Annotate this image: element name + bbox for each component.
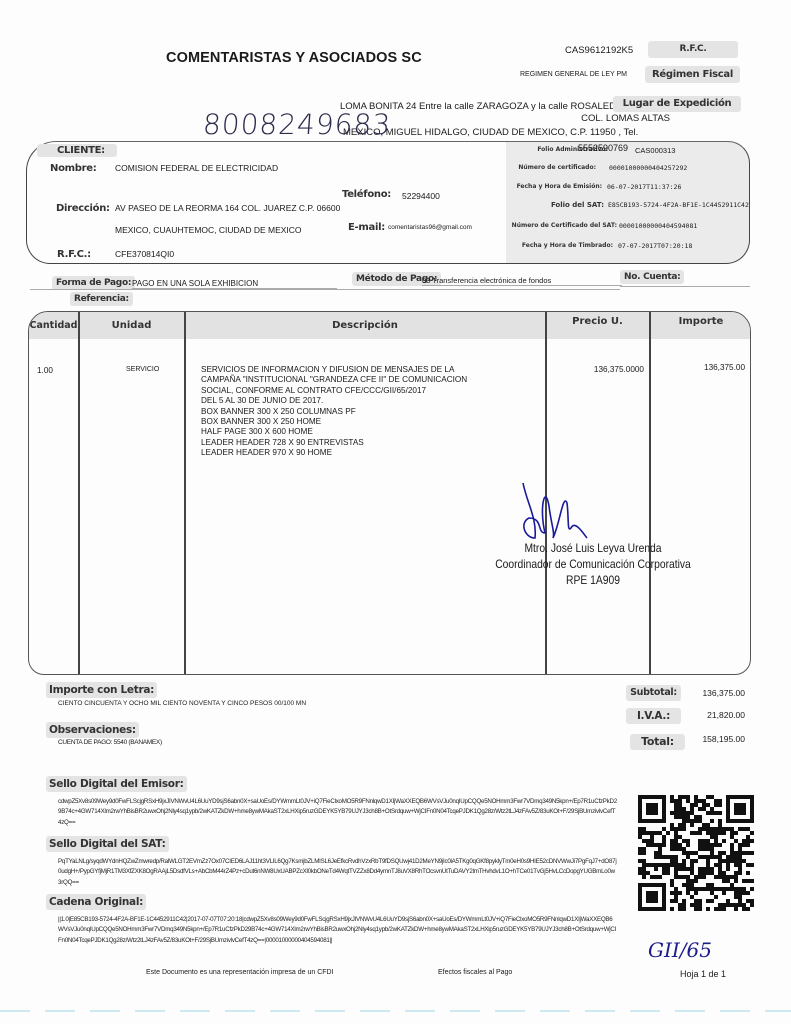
client-rfc-label: R.F.C.: [57, 249, 91, 260]
sat-seal-label: Sello Digital del SAT: [46, 836, 169, 852]
sat-certificate: 00001000000404594081 [619, 222, 697, 230]
reference-label: Referencia: [70, 292, 133, 306]
signer-name: Mtro. José Luis Leyva Urenda [481, 540, 705, 556]
certificate-number-label: Número de certificado: [486, 164, 596, 171]
original-chain: ||1.0|E85CB193-5724-4F2A-BF1E-1C4452911C… [58, 915, 618, 946]
issuer-name: COMENTARISTAS Y ASOCIADOS SC [166, 50, 422, 66]
page-number: Hoja 1 de 1 [680, 969, 726, 979]
payment-form: PAGO EN UNA SOLA EXHIBICION [132, 279, 337, 289]
column-header-description: Descripción [185, 312, 545, 339]
item-unit: SERVICIO [126, 365, 159, 375]
sat-certificate-label: Número de Certificado del SAT: [497, 222, 617, 229]
cfdi-representation-note: Este Documento es una representación imp… [146, 969, 334, 976]
issue-date: 06-07-2017T11:37:26 [607, 183, 681, 191]
client-rfc: CFE370814QI0 [115, 249, 174, 259]
items-table: Cantidad Unidad Descripción Precio U. Im… [28, 311, 751, 675]
payment-form-label: Forma de Pago: [52, 276, 135, 290]
observations-label: Observaciones: [46, 722, 139, 738]
client-address-line1: AV PASEO DE LA REORMA 164 COL. JUAREZ C.… [115, 203, 340, 213]
client-address-label: Dirección: [56, 203, 110, 214]
signer-title: Coordinador de Comunicación Corporativa [481, 556, 705, 572]
fiscal-effects-note: Efectos fiscales al Pago [438, 969, 512, 976]
stamp-date: 07-07-2017T07:20:18 [618, 242, 692, 250]
handwritten-reference: GII/65 [648, 938, 712, 962]
item-quantity: 1.00 [37, 366, 75, 376]
subtotal-value: 136,375.00 [665, 688, 745, 698]
account-number [620, 286, 750, 287]
rfc-label: R.F.C. [648, 41, 738, 58]
client-address-line2: MEXICO, CUAUHTEMOC, CIUDAD DE MEXICO [115, 225, 302, 235]
item-amount: 136,375.00 [649, 363, 745, 373]
payment-divider [30, 289, 620, 290]
item-unit-price: 136,375.0000 [539, 365, 644, 375]
certificate-number: 00001000000404257292 [609, 164, 687, 172]
signer-id: RPE 1A909 [481, 572, 705, 588]
sat-folio: E85CB193-5724-4F2A-BF1E-1C4452911C42 [608, 201, 749, 209]
client-email-label: E-mail: [348, 222, 385, 233]
client-phone: 52294400 [402, 191, 440, 201]
folio-value: CAS000313 [635, 146, 675, 155]
column-header-amount: Importe [650, 311, 751, 335]
qr-code-icon [638, 795, 754, 911]
client-phone-label: Teléfono: [342, 189, 391, 200]
client-header: CLIENTE: [37, 144, 117, 157]
handwritten-number: 8008249683 [202, 108, 392, 141]
column-header-quantity: Cantidad [29, 312, 78, 339]
sat-folio-label: Folio del SAT: [494, 201, 604, 209]
fiscal-regime: REGIMEN GENERAL DE LEY PM [520, 71, 627, 78]
total-value: 158,195.00 [665, 734, 745, 744]
issuer-seal: cdwpZ5Xv8s09Wey9d0FwFLScjgRSxH9jxJIVNWvU… [58, 797, 618, 828]
stamp-date-label: Fecha y Hora de Timbrado: [503, 242, 613, 249]
issuer-rfc: CAS9612192K5 [565, 45, 633, 56]
sat-seal: PqTYaLNLg/syqdWYdnHQZwZmwredp/RalWLGT2EV… [58, 857, 618, 888]
original-chain-label: Cadena Original: [46, 894, 146, 910]
item-description: SERVICIOS DE INFORMACION Y DIFUSION DE M… [201, 365, 541, 459]
column-header-unit-price: Precio U. [546, 311, 649, 335]
observations: CUENTA DE PAGO: 5540 (BANAMEX) [58, 739, 162, 746]
amount-words: CIENTO CINCUENTA Y OCHO MIL CIENTO NOVEN… [58, 700, 306, 707]
amount-words-label: Importe con Letra: [46, 682, 157, 698]
place-of-issue-label: Lugar de Expedición [613, 96, 741, 112]
signature-scribble-icon [515, 478, 590, 548]
iva-value: 21,820.00 [665, 710, 745, 720]
signature-block: Mtro. José Luis Leyva Urenda Coordinador… [481, 540, 705, 588]
fiscal-regime-label: Régimen Fiscal [645, 66, 740, 83]
issuer-seal-label: Sello Digital del Emisor: [46, 776, 187, 792]
client-name: COMISION FEDERAL DE ELECTRICIDAD [115, 163, 278, 173]
column-header-unit: Unidad [79, 312, 184, 339]
payment-method: 03 Transferencia electrónica de fondos [422, 276, 622, 286]
account-number-label: No. Cuenta: [620, 270, 684, 284]
client-name-label: Nombre: [50, 163, 96, 174]
scan-edge-artifact [0, 1010, 791, 1012]
issue-date-label: Fecha y Hora de Emisión: [492, 183, 602, 190]
issuer-phone: 5552590769 [578, 143, 628, 153]
client-email: comentaristas96@gmail.com [388, 224, 472, 231]
issuer-address-line2: COL. LOMAS ALTAS [540, 113, 670, 124]
